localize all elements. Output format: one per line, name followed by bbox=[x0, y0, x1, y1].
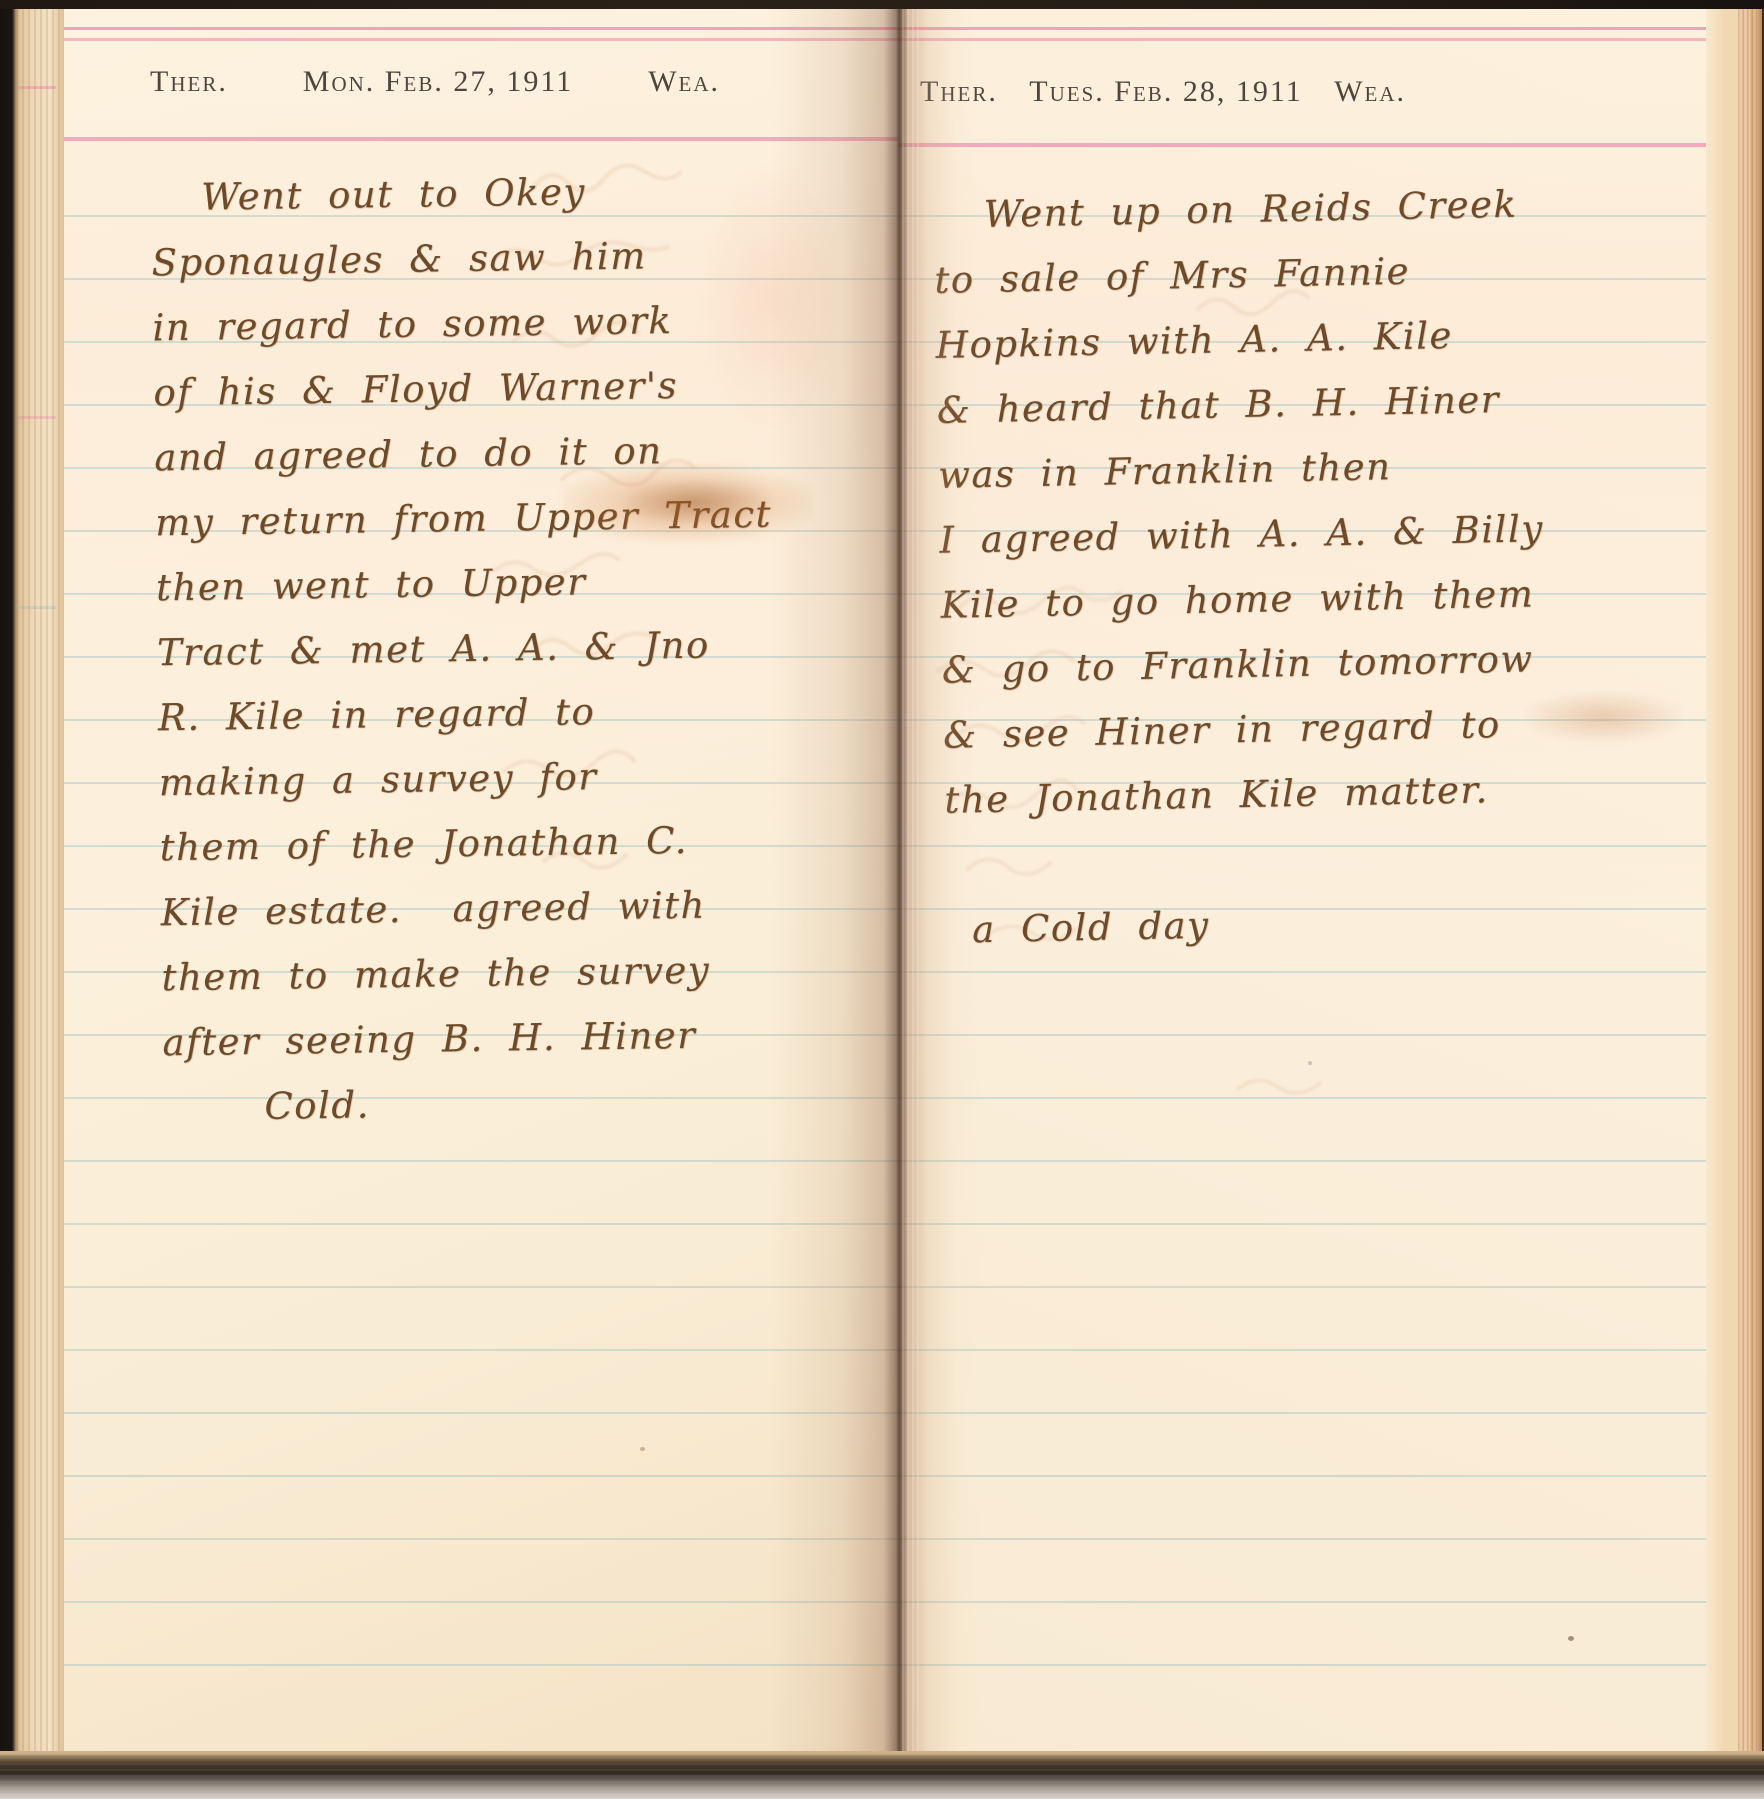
handwritten-entry-feb-28: Went up on Reids Creekto sale of Mrs Fan… bbox=[933, 171, 1552, 962]
page-left-feb-27: Ther. Mon. Feb. 27, 1911 Wea. Went out t… bbox=[62, 9, 898, 1753]
header-pink-rule bbox=[898, 143, 1706, 147]
book-left-page-edges bbox=[0, 0, 64, 1799]
handwriting-line: a Cold day bbox=[946, 886, 1551, 963]
date-label: Mon. Feb. 27, 1911 bbox=[228, 65, 648, 99]
date-label: Tues. Feb. 28, 1911 bbox=[998, 75, 1334, 109]
header-pink-rule bbox=[62, 137, 898, 141]
book-bottom-edge bbox=[0, 1751, 1764, 1799]
handwriting-line: & see Hiner in regard to bbox=[943, 691, 1548, 768]
handwriting-line: in regard to some work bbox=[152, 287, 770, 361]
handwriting-line: them to make the survey bbox=[161, 937, 779, 1011]
handwriting-line: then went to Upper bbox=[156, 547, 774, 621]
wea-label: Wea. bbox=[1334, 75, 1406, 109]
handwriting-line: & heard that B. H. Hiner bbox=[936, 366, 1541, 443]
printed-header: Ther. Mon. Feb. 27, 1911 Wea. bbox=[62, 65, 898, 99]
handwriting-line: Went out to Okey bbox=[150, 157, 768, 231]
book-fore-edge bbox=[1706, 0, 1764, 1799]
ther-label: Ther. bbox=[920, 75, 998, 109]
ther-label: Ther. bbox=[150, 65, 228, 99]
handwriting-line: Kile estate. agreed with bbox=[160, 872, 778, 946]
handwriting-line: them of the Jonathan C. bbox=[159, 807, 777, 881]
handwriting-line: of his & Floyd Warner's bbox=[153, 352, 771, 426]
diary-scan: Ther. Mon. Feb. 27, 1911 Wea. Went out t… bbox=[0, 0, 1764, 1799]
handwriting-line bbox=[945, 821, 1550, 898]
handwriting-line: Sponaugles & saw him bbox=[151, 222, 769, 296]
top-pink-rule bbox=[898, 27, 1706, 30]
handwriting-line: was in Franklin then bbox=[938, 431, 1543, 508]
handwritten-entry-feb-27: Went out to OkeySponaugles & saw himin r… bbox=[150, 157, 780, 1141]
handwriting-line: Kile to go home with them bbox=[940, 561, 1545, 638]
handwriting-line: after seeing B. H. Hiner bbox=[162, 1002, 780, 1076]
page-right-feb-28: Ther. Tues. Feb. 28, 1911 Wea. Went up o… bbox=[898, 9, 1706, 1753]
paper-speck bbox=[1308, 1061, 1312, 1065]
handwriting-line: R. Kile in regard to bbox=[157, 677, 775, 751]
book-top-edge bbox=[0, 0, 1764, 9]
handwriting-line: Tract & met A. A. & Jno bbox=[157, 612, 775, 686]
wea-label: Wea. bbox=[648, 65, 720, 99]
printed-header: Ther. Tues. Feb. 28, 1911 Wea. bbox=[898, 75, 1706, 109]
handwriting-line: I agreed with A. A. & Billy bbox=[939, 496, 1544, 573]
handwriting-line: my return from Upper Tract bbox=[155, 482, 773, 556]
top-pink-rule-2 bbox=[62, 38, 898, 41]
top-pink-rule bbox=[62, 27, 898, 30]
paper-speck bbox=[640, 1447, 645, 1451]
handwriting-line: & go to Franklin tomorrow bbox=[941, 626, 1546, 703]
handwriting-line: the Jonathan Kile matter. bbox=[944, 756, 1549, 833]
handwriting-line: Hopkins with A. A. Kile bbox=[935, 301, 1540, 378]
paper-speck bbox=[1568, 1636, 1574, 1641]
handwriting-line: to sale of Mrs Fannie bbox=[934, 236, 1539, 313]
top-pink-rule-2 bbox=[898, 38, 1706, 41]
handwriting-line: making a survey for bbox=[158, 742, 776, 816]
handwriting-line: Went up on Reids Creek bbox=[933, 171, 1538, 248]
handwriting-line: Cold. bbox=[163, 1067, 781, 1141]
handwriting-line: and agreed to do it on bbox=[154, 417, 772, 491]
